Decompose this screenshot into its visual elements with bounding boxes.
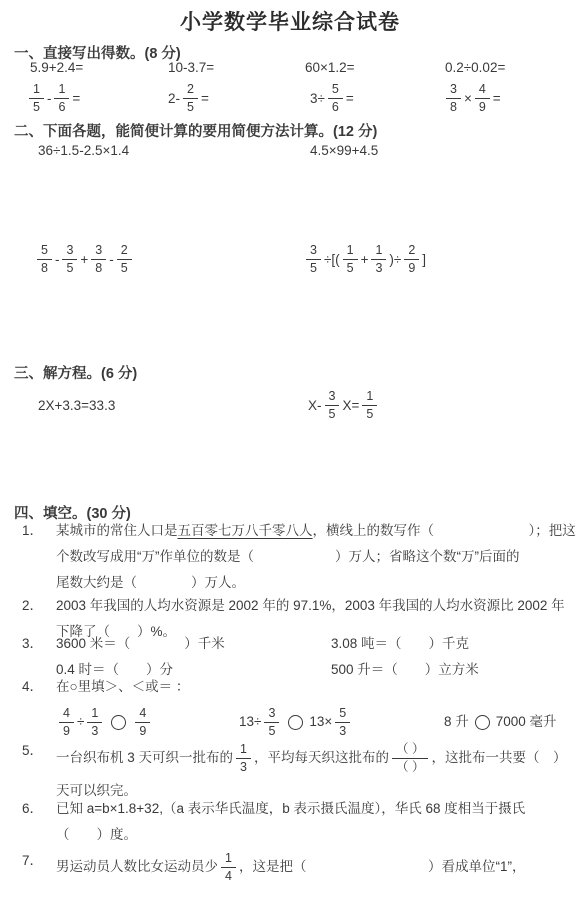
fraction: 49 [59,706,74,738]
text-run: ÷[( [324,252,340,267]
equation-1: 2X+3.3=33.3 [38,386,115,424]
text-run: 2X+3.3=33.3 [38,398,115,413]
exam-paper: 小学数学毕业综合试卷 一、直接写出得数。(8 分) 5.9+2.4= 10-3.… [0,0,580,902]
question-body: 某城市的常住人口是五百零七万八千零八人，横线上的数写作（ ）；把这 个数改写成用… [56,518,574,596]
text-run: ，平均每天织这批布的 [254,745,389,771]
compare-circle-blank [288,715,303,730]
fraction: 15 [29,82,44,114]
text-run: )÷ [389,252,401,267]
conversion-2: 3.08 吨＝（ ）千克 [331,631,469,657]
text-run: - [55,252,60,267]
fraction: 56 [328,82,343,114]
text-run: 一台织布机 3 天可织一批布的 [56,745,233,771]
fraction: 25 [183,82,198,114]
fraction: 58 [37,243,52,275]
question-6: 6． 已知 a=b×1.8+32,（a 表示华氏温度，b 表示摄氏温度），华氏 … [22,796,574,848]
question-6-line1: 已知 a=b×1.8+32,（a 表示华氏温度，b 表示摄氏温度），华氏 68 … [56,796,574,822]
section3-row: 2X+3.3=33.3 X- 35 X= 15 [0,386,580,424]
problem-s1-8: 38 × 49 = [443,79,501,117]
text-run: ÷ [77,709,84,735]
fraction: 38 [91,243,106,275]
question-number: 1． [22,518,56,596]
question-5-line1: 一台织布机 3 天可织一批布的 13，平均每天织这批布的（ ）（ ），这批布一共… [56,738,574,778]
text-run: 8 升 [444,709,469,735]
text-run: × [464,91,472,106]
fraction: 49 [475,82,490,114]
question-number: 4． [22,674,56,744]
text-run: X- [308,398,322,413]
fraction: 35 [264,706,279,738]
question-2-line1: 2003 年我国的人均水资源是 2002 年的 97.1%，2003 年我国的人… [56,593,574,619]
question-5: 5． 一台织布机 3 天可织一批布的 13，平均每天织这批布的（ ）（ ），这批… [22,738,574,804]
text-run: + [80,252,88,267]
conversion-1: 3600 米＝（ ）千米 [56,636,225,651]
fraction: 25 [117,243,132,275]
question-6-line2: （ ）度。 [56,822,574,848]
section1-row2: 15 - 16 = 2- 25 = 3÷ 56 = 38 × 49 = [0,79,580,117]
underlined-number-text: 五百零七万八千零八人 [178,518,313,544]
problem-s1-7: 3÷ 56 = [310,79,354,117]
fraction: 16 [54,82,69,114]
fraction: 35 [325,389,340,421]
fraction: 13 [87,706,102,738]
compare-circle-blank [475,715,490,730]
question-1-line2: 个数改写成用“万”作单位的数是（ ）万人；省略这个数“万”后面的 [56,544,574,570]
compare-circle-blank [111,715,126,730]
section2-row1: 36÷1.5-2.5×1.4 4.5×99+4.5 [0,140,580,160]
fraction: 13 [236,742,251,774]
fraction: 53 [335,706,350,738]
problem-s1-1: 5.9+2.4= [30,57,83,77]
text-run: - [47,91,52,106]
question-4-head: 在○里填＞、＜或＝ ： [56,674,574,700]
text-run: 3÷ [310,91,325,106]
text-run: ，横线上的数写作（ ）；把这 [313,518,576,544]
problem-s2-1: 36÷1.5-2.5×1.4 [38,140,129,160]
text-run: 13× [309,709,332,735]
problem-s1-2: 10-3.7= [168,57,214,77]
question-7: 7． 男运动员人数比女运动员少 14，这是把（ ）看成单位“1”， [22,848,574,886]
text-run: 某城市的常住人口是 [56,518,178,544]
problem-s2-3: 58 - 35 + 38 - 25 [34,240,135,278]
question-body: 男运动员人数比女运动员少 14，这是把（ ）看成单位“1”， [56,848,574,886]
problem-s1-6: 2- 25 = [168,79,209,117]
text-run: ，这是把（ ）看成单位“1”， [239,854,526,880]
question-body: 在○里填＞、＜或＝ ： 49 ÷ 1349 13÷ 3513× 53 8 升70… [56,674,574,744]
question-4: 4． 在○里填＞、＜或＝ ： 49 ÷ 1349 13÷ 3513× 53 8 … [22,674,574,744]
text-run: - [109,252,114,267]
fraction: 35 [306,243,321,275]
text-run: 2- [168,91,180,106]
text-run: 男运动员人数比女运动员少 [56,854,218,880]
problem-s1-4: 0.2÷0.02= [445,57,505,77]
text-run: = [493,91,501,106]
text-run: = [346,91,354,106]
fraction: 29 [404,243,419,275]
question-1-line1: 某城市的常住人口是五百零七万八千零八人，横线上的数写作（ ）；把这 [56,518,574,544]
question-number: 7． [22,848,56,886]
section2-row2: 58 - 35 + 38 - 25 35 ÷[( 15 + 13 )÷ 29 ] [0,240,580,278]
question-3-row1: 3600 米＝（ ）千米 3.08 吨＝（ ）千克 [56,631,574,657]
text-run: 13÷ [239,709,261,735]
question-body: 已知 a=b×1.8+32,（a 表示华氏温度，b 表示摄氏温度），华氏 68 … [56,796,574,848]
question-1: 1． 某城市的常住人口是五百零七万八千零八人，横线上的数写作（ ）；把这 个数改… [22,518,574,596]
fraction: 13 [371,243,386,275]
text-run: ] [422,252,426,267]
text-run: + [361,252,369,267]
text-run: = [201,91,209,106]
fraction: 14 [221,851,236,883]
problem-s1-3: 60×1.2= [305,57,355,77]
fraction: 35 [62,243,77,275]
text-run: X= [342,398,359,413]
text-run: = [72,91,80,106]
question-body: 一台织布机 3 天可织一批布的 13，平均每天织这批布的（ ）（ ），这批布一共… [56,738,574,804]
fraction: 49 [135,706,150,738]
section1-row1: 5.9+2.4= 10-3.7= 60×1.2= 0.2÷0.02= [0,57,580,77]
text-run: ，这批布一共要（ ） [431,745,566,771]
question-7-line1: 男运动员人数比女运动员少 14，这是把（ ）看成单位“1”， [56,848,574,886]
question-number: 6． [22,796,56,848]
section2-heading: 二、下面各题，能简便计算的要用简便方法计算。(12 分) [14,120,377,141]
problem-s1-5: 15 - 16 = [26,79,80,117]
section3-heading: 三、解方程。(6 分) [14,362,137,383]
fraction: 15 [362,389,377,421]
problem-s2-4: 35 ÷[( 15 + 13 )÷ 29 ] [303,240,426,278]
fraction: 38 [446,82,461,114]
text-run: 7000 毫升 [496,709,557,735]
page-title: 小学数学毕业综合试卷 [0,6,580,36]
problem-s2-2: 4.5×99+4.5 [310,140,378,160]
fraction: （ ）（ ） [392,742,428,774]
equation-2: X- 35 X= 15 [308,386,380,424]
question-number: 5． [22,738,56,804]
fraction: 15 [343,243,358,275]
